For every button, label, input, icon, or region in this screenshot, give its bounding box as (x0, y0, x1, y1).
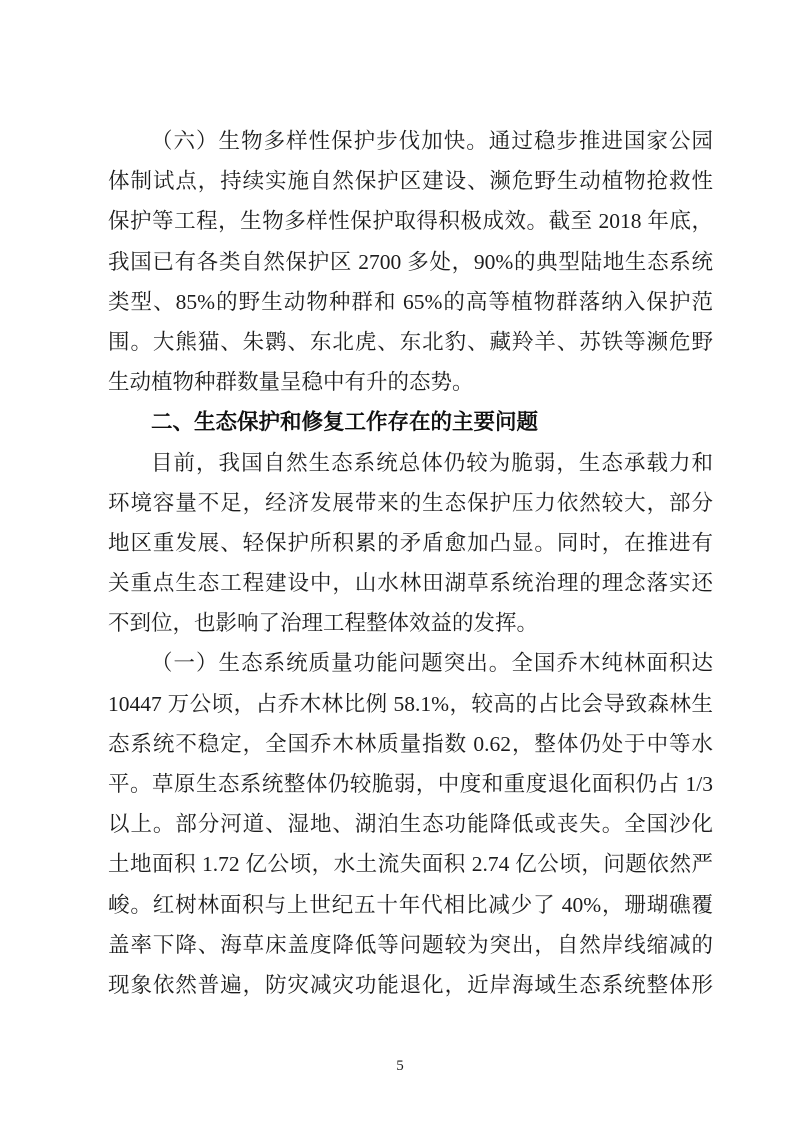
paragraph-line: 不到位，也影响了治理工程整体效益的发挥。 (108, 603, 713, 643)
paragraph-line: 关重点生态工程建设中，山水林田湖草系统治理的理念落实还 (108, 563, 713, 603)
paragraph-line: 类型、85%的野生动物种群和 65%的高等植物群落纳入保护范 (108, 282, 713, 322)
paragraph-line: 峻。红树林面积与上世纪五十年代相比减少了 40%，珊瑚礁覆 (108, 885, 713, 925)
paragraph-line: 我国已有各类自然保护区 2700 多处，90%的典型陆地生态系统 (108, 242, 713, 282)
document-page: （六）生物多样性保护步伐加快。通过稳步推进国家公园 体制试点，持续实施自然保护区… (0, 0, 800, 1131)
paragraph-line: 保护等工程，生物多样性保护取得积极成效。截至 2018 年底， (108, 201, 713, 241)
paragraph-line: 平。草原生态系统整体仍较脆弱，中度和重度退化面积仍占 1/3 (108, 764, 713, 804)
paragraph-line: 现象依然普遍，防灾减灾功能退化，近岸海域生态系统整体形 (108, 965, 713, 1005)
paragraph-line: 目前，我国自然生态系统总体仍较为脆弱，生态承载力和 (108, 443, 713, 483)
paragraph-line: 土地面积 1.72 亿公顷，水土流失面积 2.74 亿公顷，问题依然严 (108, 844, 713, 884)
page-number: 5 (0, 1058, 800, 1075)
paragraph-line: （一）生态系统质量功能问题突出。全国乔木纯林面积达 (108, 643, 713, 683)
paragraph-line: 以上。部分河道、湿地、湖泊生态功能降低或丧失。全国沙化 (108, 804, 713, 844)
paragraph-line: 体制试点，持续实施自然保护区建设、濒危野生动植物抢救性 (108, 161, 713, 201)
paragraph-line: 地区重发展、轻保护所积累的矛盾愈加凸显。同时，在推进有 (108, 523, 713, 563)
paragraph-line: （六）生物多样性保护步伐加快。通过稳步推进国家公园 (108, 121, 713, 161)
paragraph-line: 生动植物种群数量呈稳中有升的态势。 (108, 362, 713, 402)
document-body: （六）生物多样性保护步伐加快。通过稳步推进国家公园 体制试点，持续实施自然保护区… (108, 121, 713, 1005)
paragraph-line: 态系统不稳定，全国乔木林质量指数 0.62，整体仍处于中等水 (108, 724, 713, 764)
paragraph-line: 环境容量不足，经济发展带来的生态保护压力依然较大，部分 (108, 483, 713, 523)
section-heading: 二、生态保护和修复工作存在的主要问题 (108, 402, 713, 442)
paragraph-line: 围。大熊猫、朱鹮、东北虎、东北豹、藏羚羊、苏铁等濒危野 (108, 322, 713, 362)
paragraph-line: 盖率下降、海草床盖度降低等问题较为突出，自然岸线缩减的 (108, 925, 713, 965)
paragraph-line: 10447 万公顷，占乔木林比例 58.1%，较高的占比会导致森林生 (108, 684, 713, 724)
